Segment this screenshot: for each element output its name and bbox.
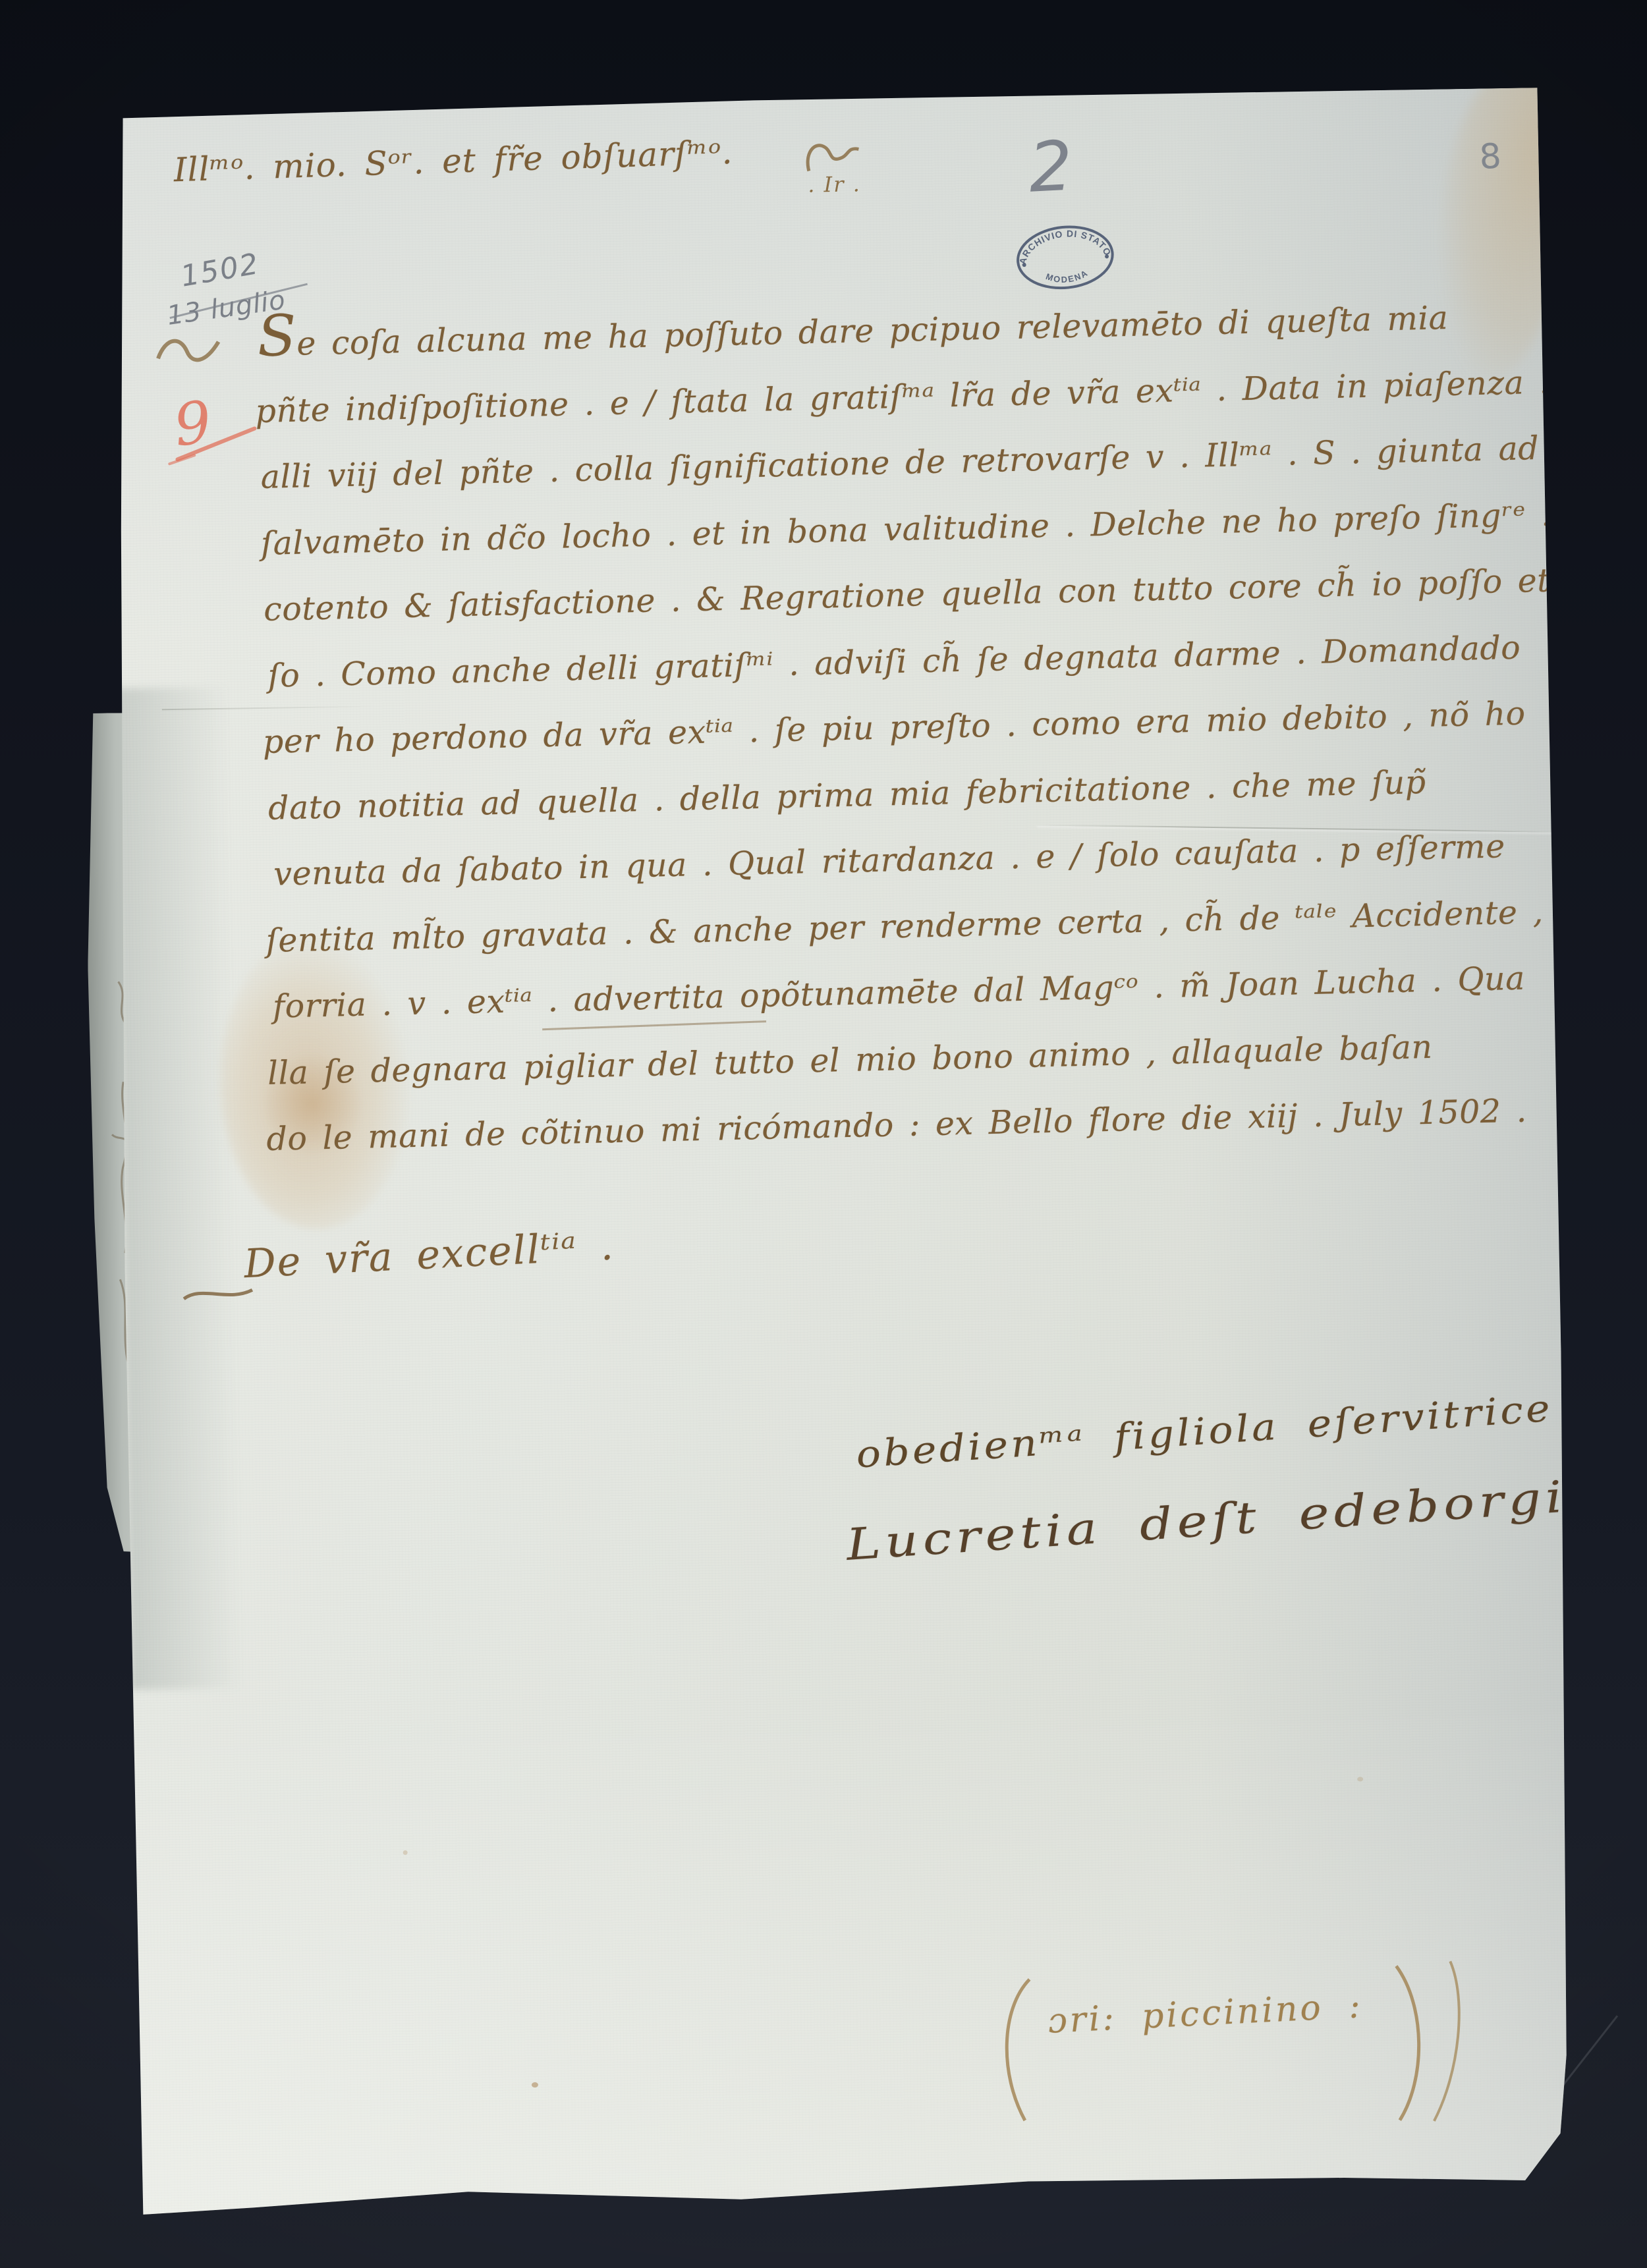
corner-folio-number: 8 <box>1478 136 1502 177</box>
valediction-line: De vr̃a excellᵗⁱᵃ . <box>243 1223 615 1287</box>
letter-body: Se coſa alcuna me ha poſſuto dare pcipuo… <box>257 273 1604 1173</box>
margin-squiggle-icon <box>155 333 221 370</box>
stamp-arc-text: ARCHIVIO DI STATO <box>1014 223 1113 266</box>
paper-shading-left <box>115 687 242 1690</box>
registry-mark: . Ir . <box>808 171 861 197</box>
photo-stage: Illᵐᵒ. mio. Sᵒʳ. et fr̃e obſuarſᵐᵒ. . Ir… <box>0 0 1647 2268</box>
paper-shading-bottom <box>131 1698 1575 2220</box>
valediction-swash-icon <box>182 1285 255 1306</box>
fox-speck <box>403 1850 408 1855</box>
docket-right-flourish-icon <box>1389 1960 1471 2126</box>
letter-sheet: Illᵐᵒ. mio. Sᵒʳ. et fr̃e obſuarſᵐᵒ. . Ir… <box>107 88 1574 2220</box>
docket-left-flourish-icon <box>986 1974 1041 2126</box>
svg-text:ARCHIVIO DI STATO: ARCHIVIO DI STATO <box>1014 223 1113 266</box>
center-folio-number: 2 <box>1027 126 1075 208</box>
